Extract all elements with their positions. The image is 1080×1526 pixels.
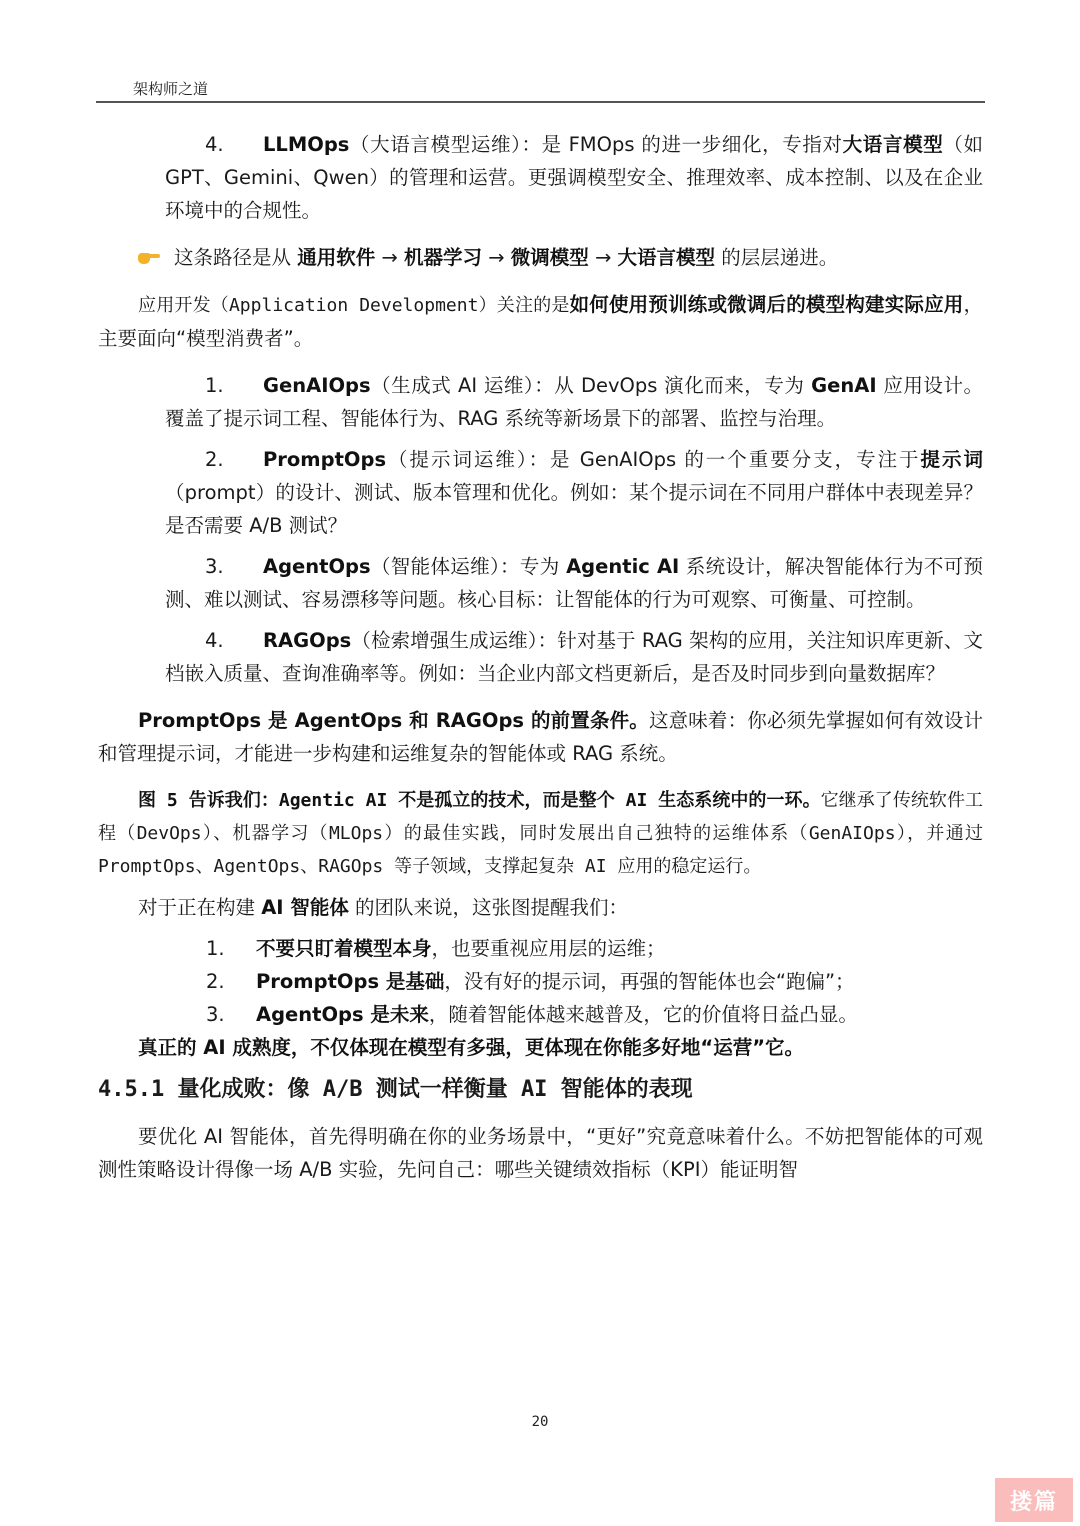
list-text: （prompt）的设计、测试、版本管理和优化。例如：某个提示词在不同用户群体中表… bbox=[165, 481, 983, 537]
list-bold: 大语言模型 bbox=[843, 133, 944, 156]
path-step: 大语言模型 bbox=[618, 246, 716, 269]
term: GenAIOps bbox=[263, 374, 371, 397]
para-text: 的团队来说，这张图提醒我们： bbox=[349, 896, 628, 919]
reminder-item: 3.AgentOps 是未来，随着智能体越来越普及，它的价值将日益凸显。 bbox=[98, 998, 983, 1031]
evolution-path-line: 这条路径是从 通用软件 → 机器学习 → 微调模型 → 大语言模型 的层层递进。 bbox=[98, 241, 983, 274]
list-text: （生成式 AI 运维）：从 DevOps 演化而来，专为 bbox=[371, 374, 812, 397]
running-header-title: 架构师之道 bbox=[133, 78, 208, 99]
list-bold: 不要只盯着模型本身 bbox=[256, 937, 432, 960]
term: RAGOps bbox=[263, 629, 351, 652]
list-text: ，没有好的提示词，再强的智能体也会“跑偏”； bbox=[444, 970, 854, 993]
list-bold: PromptOps 是基础 bbox=[256, 970, 444, 993]
reminder-item: 1.不要只盯着模型本身，也要重视应用层的运维； bbox=[98, 932, 983, 965]
arrow-icon: → bbox=[482, 246, 511, 269]
header-divider bbox=[96, 101, 985, 103]
list-text: （大语言模型运维）：是 FMOps 的进一步细化，专指对 bbox=[349, 133, 842, 156]
list-text: （智能体运维）：专为 bbox=[371, 555, 566, 578]
list-text: ，也要重视应用层的运维； bbox=[432, 937, 666, 960]
path-suffix: 的层层递进。 bbox=[715, 246, 838, 269]
page-body: 4.LLMOps（大语言模型运维）：是 FMOps 的进一步细化，专指对大语言模… bbox=[98, 128, 983, 1186]
app-dev-paragraph: 应用开发（Application Development）关注的是如何使用预训练… bbox=[98, 288, 983, 355]
list-bold: Agentic AI bbox=[566, 555, 679, 578]
list-bold: AgentOps 是未来 bbox=[256, 1003, 429, 1026]
path-step: 微调模型 bbox=[511, 246, 589, 269]
list-bold: GenAI bbox=[811, 374, 876, 397]
path-step: 通用软件 bbox=[297, 246, 375, 269]
term: AgentOps bbox=[263, 555, 371, 578]
arrow-icon: → bbox=[589, 246, 618, 269]
list-number: 4. bbox=[205, 128, 263, 161]
path-step: 机器学习 bbox=[404, 246, 482, 269]
list-number: 1. bbox=[206, 932, 256, 965]
para-text: 应用开发（Application Development）关注的是 bbox=[138, 295, 570, 316]
term: PromptOps bbox=[263, 448, 386, 471]
term-llmops: LLMOps bbox=[263, 133, 349, 156]
list-item-promptops: 2.PromptOps（提示词运维）：是 GenAIOps 的一个重要分支，专注… bbox=[98, 443, 983, 542]
arrow-icon: → bbox=[375, 246, 404, 269]
list-text: （提示词运维）：是 GenAIOps 的一个重要分支，专注于 bbox=[386, 448, 921, 471]
list-number: 1. bbox=[205, 369, 263, 402]
section-heading: 4.5.1 量化成败：像 A/B 测试一样衡量 AI 智能体的表现 bbox=[98, 1072, 983, 1108]
list-bold: 提示词 bbox=[921, 448, 983, 471]
section-paragraph: 要优化 AI 智能体，首先得明确在你的业务场景中，“更好”究竟意味着什么。不妨把… bbox=[98, 1120, 983, 1186]
list-number: 2. bbox=[205, 443, 263, 476]
list-item-ragops: 4.RAGOps（检索增强生成运维）：针对基于 RAG 架构的应用，关注知识库更… bbox=[98, 624, 983, 690]
para-bold: 如何使用预训练或微调后的模型构建实际应用 bbox=[570, 293, 964, 316]
list-item-agentops: 3.AgentOps（智能体运维）：专为 Agentic AI 系统设计，解决智… bbox=[98, 550, 983, 616]
list-number: 3. bbox=[206, 998, 256, 1031]
prerequisite-paragraph: PromptOps 是 AgentOps 和 RAGOps 的前置条件。这意味着… bbox=[98, 704, 983, 770]
list-item-llmops: 4.LLMOps（大语言模型运维）：是 FMOps 的进一步细化，专指对大语言模… bbox=[98, 128, 983, 227]
stamp-text: 搂篇 bbox=[1010, 1485, 1058, 1516]
pointing-hand-icon bbox=[138, 248, 160, 266]
list-number: 4. bbox=[205, 624, 263, 657]
list-item-genaiops: 1.GenAIOps（生成式 AI 运维）：从 DevOps 演化而来，专为 G… bbox=[98, 369, 983, 435]
list-text: ，随着智能体越来越普及，它的价值将日益凸显。 bbox=[429, 1003, 858, 1026]
conclusion-text: 真正的 AI 成熟度，不仅体现在模型有多强，更体现在你能多好地“运营”它。 bbox=[138, 1036, 804, 1059]
para-bold: AI 智能体 bbox=[261, 896, 349, 919]
figure5-paragraph: 图 5 告诉我们：Agentic AI 不是孤立的技术，而是整个 AI 生态系统… bbox=[98, 784, 983, 883]
para-bold: PromptOps 是 AgentOps 和 RAGOps 的前置条件。 bbox=[138, 709, 649, 732]
para-bold: 图 5 告诉我们：Agentic AI 不是孤立的技术，而是整个 AI 生态系统… bbox=[138, 790, 821, 811]
list-number: 2. bbox=[206, 965, 256, 998]
para-text: 对于正在构建 bbox=[138, 896, 261, 919]
page-number: 20 bbox=[0, 1414, 1080, 1430]
team-intro-paragraph: 对于正在构建 AI 智能体 的团队来说，这张图提醒我们： bbox=[98, 891, 983, 924]
conclusion-paragraph: 真正的 AI 成熟度，不仅体现在模型有多强，更体现在你能多好地“运营”它。 bbox=[98, 1031, 983, 1064]
reminder-item: 2.PromptOps 是基础，没有好的提示词，再强的智能体也会“跑偏”； bbox=[98, 965, 983, 998]
path-prefix: 这条路径是从 bbox=[174, 246, 297, 269]
list-number: 3. bbox=[205, 550, 263, 583]
seal-stamp-logo: 搂篇 bbox=[995, 1478, 1073, 1522]
